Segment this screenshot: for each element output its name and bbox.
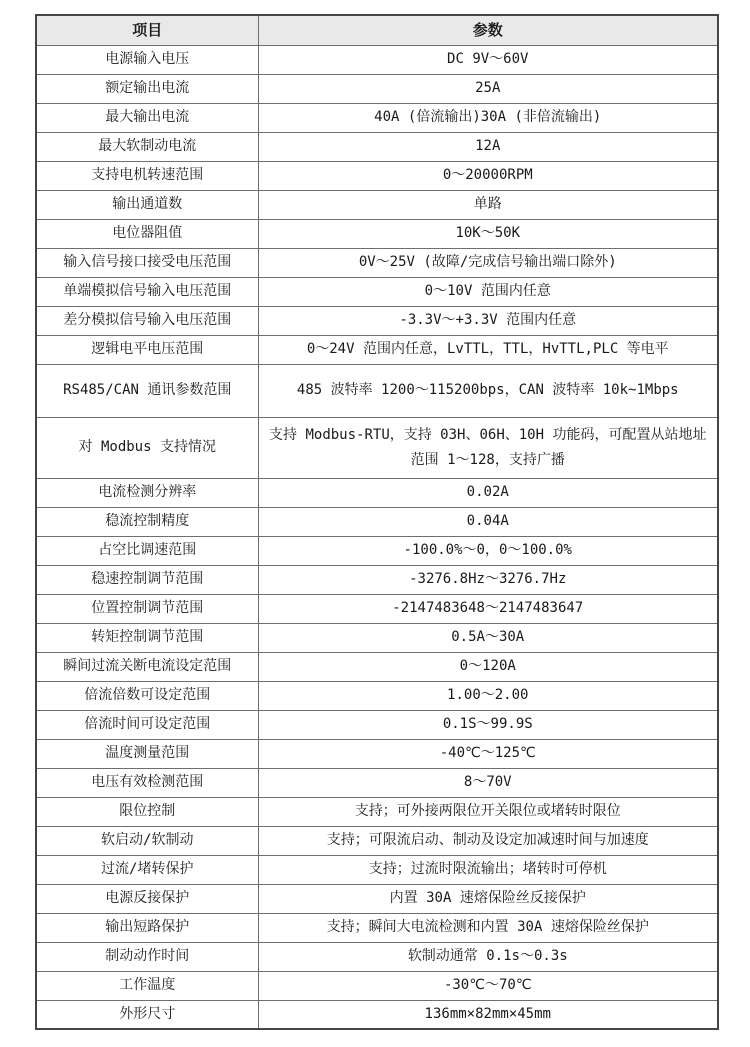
table-row: 倍流时间可设定范围0.1S～99.9S <box>36 710 718 739</box>
value-cell: 支持；可外接两限位开关限位或堵转时限位 <box>258 797 718 826</box>
item-cell: 最大输出电流 <box>36 103 258 132</box>
value-cell: 0V～25V (故障/完成信号输出端口除外) <box>258 248 718 277</box>
value-cell: 12A <box>258 132 718 161</box>
column-header-item: 项目 <box>36 15 258 45</box>
item-cell: 稳流控制精度 <box>36 507 258 536</box>
item-cell: 倍流时间可设定范围 <box>36 710 258 739</box>
item-cell: 制动动作时间 <box>36 942 258 971</box>
table-row: 电位器阻值10K～50K <box>36 219 718 248</box>
item-cell: 支持电机转速范围 <box>36 161 258 190</box>
table-row: 稳流控制精度0.04A <box>36 507 718 536</box>
value-cell: 25A <box>258 74 718 103</box>
item-cell: 稳速控制调节范围 <box>36 565 258 594</box>
value-cell: 0～120A <box>258 652 718 681</box>
value-cell: 支持；过流时限流输出；堵转时可停机 <box>258 855 718 884</box>
value-cell: -3.3V～+3.3V 范围内任意 <box>258 306 718 335</box>
table-row: 电压有效检测范围8～70V <box>36 768 718 797</box>
value-cell: 136mm×82mm×45mm <box>258 1000 718 1029</box>
table-row: 温度测量范围-40℃～125℃ <box>36 739 718 768</box>
table-row: RS485/CAN 通讯参数范围485 波特率 1200～115200bps，C… <box>36 364 718 417</box>
value-cell: -40℃～125℃ <box>258 739 718 768</box>
spec-table-header: 项目 参数 <box>36 15 718 45</box>
table-row: 逻辑电平电压范围0～24V 范围内任意，LvTTL，TTL，HvTTL,PLC … <box>36 335 718 364</box>
table-row: 电流检测分辨率0.02A <box>36 478 718 507</box>
table-row: 占空比调速范围-100.0%～0，0～100.0% <box>36 536 718 565</box>
value-cell: 支持 Modbus-RTU，支持 03H、06H、10H 功能码，可配置从站地址… <box>258 417 718 478</box>
header-row: 项目 参数 <box>36 15 718 45</box>
table-row: 输入信号接口接受电压范围0V～25V (故障/完成信号输出端口除外) <box>36 248 718 277</box>
column-header-params: 参数 <box>258 15 718 45</box>
item-cell: 瞬间过流关断电流设定范围 <box>36 652 258 681</box>
value-cell: 0.1S～99.9S <box>258 710 718 739</box>
item-cell: RS485/CAN 通讯参数范围 <box>36 364 258 417</box>
table-row: 最大输出电流40A (倍流输出)30A (非倍流输出) <box>36 103 718 132</box>
value-cell: 0.04A <box>258 507 718 536</box>
table-row: 转矩控制调节范围0.5A～30A <box>36 623 718 652</box>
table-row: 限位控制支持；可外接两限位开关限位或堵转时限位 <box>36 797 718 826</box>
table-row: 瞬间过流关断电流设定范围0～120A <box>36 652 718 681</box>
spec-table-body: 电源输入电压DC 9V～60V额定输出电流25A最大输出电流40A (倍流输出)… <box>36 45 718 1029</box>
item-cell: 温度测量范围 <box>36 739 258 768</box>
table-row: 输出通道数单路 <box>36 190 718 219</box>
table-row: 支持电机转速范围0～20000RPM <box>36 161 718 190</box>
value-cell: -3276.8Hz～3276.7Hz <box>258 565 718 594</box>
value-cell: 0.02A <box>258 478 718 507</box>
table-row: 额定输出电流25A <box>36 74 718 103</box>
value-cell: 单路 <box>258 190 718 219</box>
table-row: 最大软制动电流12A <box>36 132 718 161</box>
table-row: 软启动/软制动支持；可限流启动、制动及设定加减速时间与加速度 <box>36 826 718 855</box>
item-cell: 额定输出电流 <box>36 74 258 103</box>
value-cell: 485 波特率 1200～115200bps，CAN 波特率 10k~1Mbps <box>258 364 718 417</box>
item-cell: 转矩控制调节范围 <box>36 623 258 652</box>
item-cell: 限位控制 <box>36 797 258 826</box>
table-row: 输出短路保护支持；瞬间大电流检测和内置 30A 速熔保险丝保护 <box>36 913 718 942</box>
item-cell: 电位器阻值 <box>36 219 258 248</box>
item-cell: 对 Modbus 支持情况 <box>36 417 258 478</box>
item-cell: 差分模拟信号输入电压范围 <box>36 306 258 335</box>
item-cell: 输出通道数 <box>36 190 258 219</box>
value-cell: 0.5A～30A <box>258 623 718 652</box>
item-cell: 软启动/软制动 <box>36 826 258 855</box>
value-cell: 支持；瞬间大电流检测和内置 30A 速熔保险丝保护 <box>258 913 718 942</box>
value-cell: 10K～50K <box>258 219 718 248</box>
item-cell: 电压有效检测范围 <box>36 768 258 797</box>
table-row: 过流/堵转保护支持；过流时限流输出；堵转时可停机 <box>36 855 718 884</box>
item-cell: 位置控制调节范围 <box>36 594 258 623</box>
table-row: 对 Modbus 支持情况支持 Modbus-RTU，支持 03H、06H、10… <box>36 417 718 478</box>
value-cell: 0～10V 范围内任意 <box>258 277 718 306</box>
item-cell: 电源反接保护 <box>36 884 258 913</box>
item-cell: 最大软制动电流 <box>36 132 258 161</box>
table-row: 差分模拟信号输入电压范围-3.3V～+3.3V 范围内任意 <box>36 306 718 335</box>
item-cell: 工作温度 <box>36 971 258 1000</box>
table-row: 外形尺寸136mm×82mm×45mm <box>36 1000 718 1029</box>
item-cell: 过流/堵转保护 <box>36 855 258 884</box>
value-cell: 内置 30A 速熔保险丝反接保护 <box>258 884 718 913</box>
table-row: 倍流倍数可设定范围1.00～2.00 <box>36 681 718 710</box>
item-cell: 单端模拟信号输入电压范围 <box>36 277 258 306</box>
item-cell: 输入信号接口接受电压范围 <box>36 248 258 277</box>
item-cell: 占空比调速范围 <box>36 536 258 565</box>
document-page: 项目 参数 电源输入电压DC 9V～60V额定输出电流25A最大输出电流40A … <box>0 0 750 1047</box>
table-row: 电源输入电压DC 9V～60V <box>36 45 718 74</box>
value-cell: -30℃～70℃ <box>258 971 718 1000</box>
item-cell: 倍流倍数可设定范围 <box>36 681 258 710</box>
table-row: 单端模拟信号输入电压范围0～10V 范围内任意 <box>36 277 718 306</box>
value-cell: 0～20000RPM <box>258 161 718 190</box>
value-cell: -2147483648～2147483647 <box>258 594 718 623</box>
value-cell: 8～70V <box>258 768 718 797</box>
item-cell: 逻辑电平电压范围 <box>36 335 258 364</box>
table-row: 位置控制调节范围-2147483648～2147483647 <box>36 594 718 623</box>
value-cell: -100.0%～0，0～100.0% <box>258 536 718 565</box>
value-cell: 40A (倍流输出)30A (非倍流输出) <box>258 103 718 132</box>
item-cell: 电流检测分辨率 <box>36 478 258 507</box>
value-cell: 0～24V 范围内任意，LvTTL，TTL，HvTTL,PLC 等电平 <box>258 335 718 364</box>
table-row: 制动动作时间软制动通常 0.1s～0.3s <box>36 942 718 971</box>
item-cell: 输出短路保护 <box>36 913 258 942</box>
item-cell: 电源输入电压 <box>36 45 258 74</box>
value-cell: DC 9V～60V <box>258 45 718 74</box>
table-row: 稳速控制调节范围-3276.8Hz～3276.7Hz <box>36 565 718 594</box>
table-row: 工作温度-30℃～70℃ <box>36 971 718 1000</box>
item-cell: 外形尺寸 <box>36 1000 258 1029</box>
table-row: 电源反接保护内置 30A 速熔保险丝反接保护 <box>36 884 718 913</box>
spec-table: 项目 参数 电源输入电压DC 9V～60V额定输出电流25A最大输出电流40A … <box>35 14 719 1030</box>
value-cell: 1.00～2.00 <box>258 681 718 710</box>
value-cell: 软制动通常 0.1s～0.3s <box>258 942 718 971</box>
value-cell: 支持；可限流启动、制动及设定加减速时间与加速度 <box>258 826 718 855</box>
